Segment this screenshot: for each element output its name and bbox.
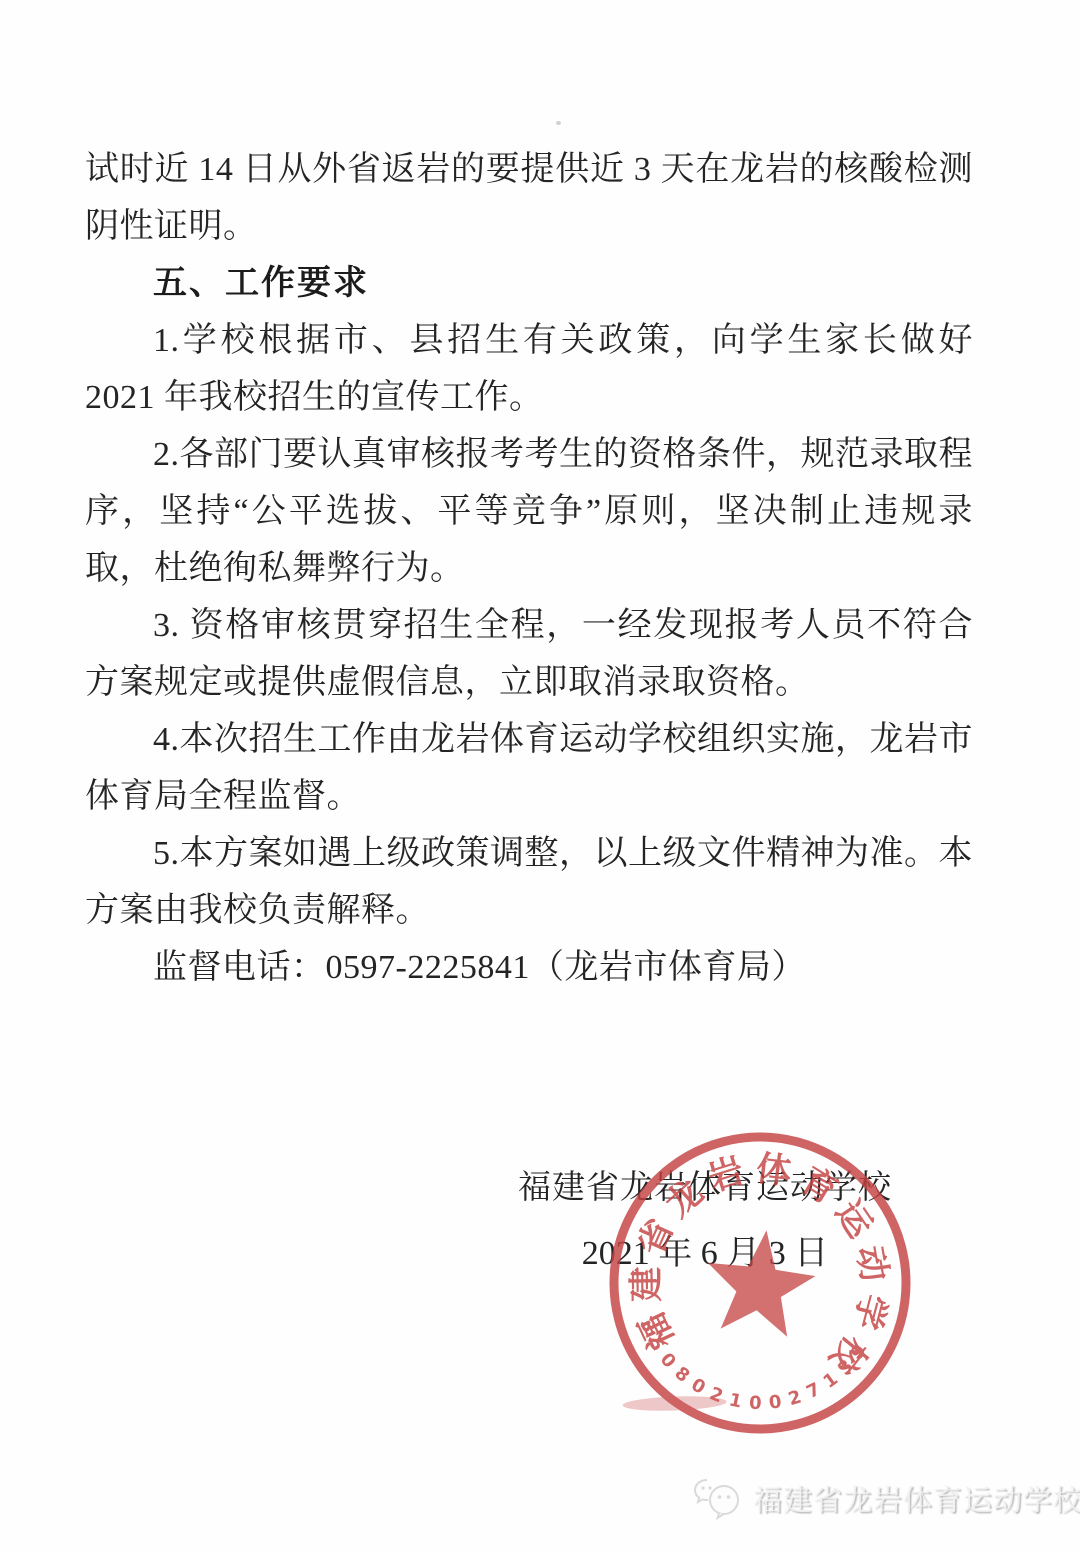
svg-text:0: 0 bbox=[687, 1374, 709, 1398]
official-seal: 福建省龙岩体育运动学校 35080210027139 bbox=[575, 1098, 945, 1468]
svg-text:8: 8 bbox=[670, 1363, 693, 1387]
body-paragraph: 4.本次招生工作由龙岩体育运动学校组织实施，龙岩市体育局全程监督。 bbox=[85, 711, 973, 825]
body-paragraph: 试时近 14 日从外省返岩的要提供近 3 天在龙岩的核酸检测阴性证明。 bbox=[85, 141, 973, 255]
svg-text:2: 2 bbox=[707, 1383, 726, 1407]
signature-block: 福建省龙岩体育运动学校 2021 年 6 月 3 日 bbox=[455, 1166, 955, 1276]
svg-text:1: 1 bbox=[819, 1368, 841, 1392]
svg-text:校: 校 bbox=[821, 1329, 874, 1382]
svg-text:0: 0 bbox=[768, 1391, 783, 1413]
watermark: 福建省龙岩体育运动学校 bbox=[693, 1476, 1080, 1520]
watermark-text: 福建省龙岩体育运动学校 bbox=[753, 1478, 1080, 1519]
svg-text:2: 2 bbox=[786, 1386, 804, 1410]
svg-text:0: 0 bbox=[656, 1349, 680, 1372]
body-text: 试时近 14 日从外省返岩的要提供近 3 天在龙岩的核酸检测阴性证明。 五、工作… bbox=[85, 141, 973, 996]
signature-date: 2021 年 6 月 3 日 bbox=[455, 1232, 955, 1276]
document-page: 试时近 14 日从外省返岩的要提供近 3 天在龙岩的核酸检测阴性证明。 五、工作… bbox=[0, 0, 1080, 1551]
svg-text:福: 福 bbox=[632, 1307, 682, 1355]
body-paragraph: 3. 资格审核贯穿招生全程，一经发现报考人员不符合方案规定或提供虚假信息，立即取… bbox=[85, 597, 973, 711]
svg-text:9: 9 bbox=[847, 1341, 871, 1363]
signature-org: 福建省龙岩体育运动学校 bbox=[455, 1166, 955, 1210]
svg-text:0: 0 bbox=[749, 1393, 762, 1414]
seal-ink-smudge bbox=[622, 1395, 726, 1413]
wechat-icon bbox=[693, 1476, 743, 1520]
svg-text:3: 3 bbox=[635, 1317, 659, 1336]
seal-code: 35080210027139 bbox=[626, 1314, 872, 1427]
body-paragraph: 1.学校根据市、县招生有关政策，向学生家长做好 2021 年我校招生的宣传工作。 bbox=[85, 312, 973, 426]
supervision-phone-line: 监督电话：0597-2225841（龙岩市体育局） bbox=[85, 939, 973, 996]
body-paragraph: 5.本方案如遇上级政策调整，以上级文件精神为准。本方案由我校负责解释。 bbox=[85, 825, 973, 939]
body-paragraph: 2.各部门要认真审核报考考生的资格条件，规范录取程序，坚持“公平选拔、平等竞争”… bbox=[85, 426, 973, 597]
scan-artifact-dot bbox=[556, 121, 561, 125]
svg-text:5: 5 bbox=[644, 1333, 668, 1354]
section-heading: 五、工作要求 bbox=[85, 255, 973, 312]
svg-text:7: 7 bbox=[803, 1379, 824, 1403]
svg-text:1: 1 bbox=[727, 1389, 744, 1412]
svg-text:学: 学 bbox=[847, 1290, 894, 1334]
svg-text:3: 3 bbox=[834, 1356, 858, 1380]
